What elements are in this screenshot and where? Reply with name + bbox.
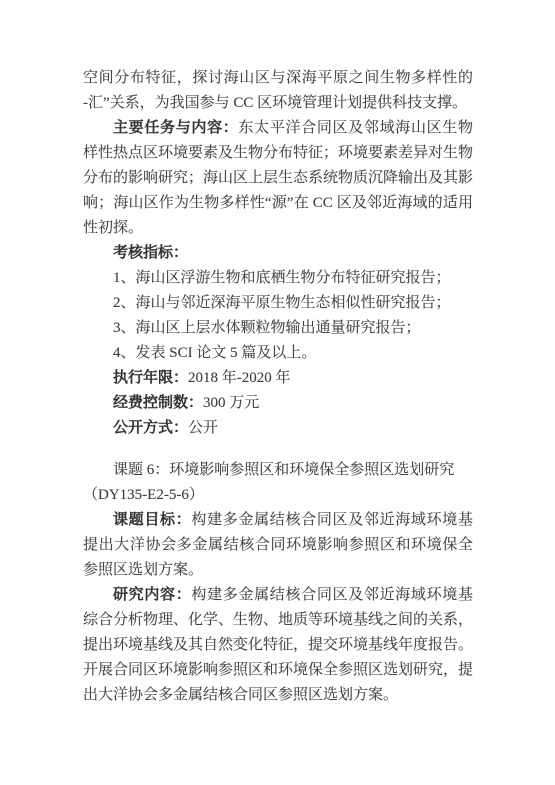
text-segment: 3、海山区上层水体颗粒物输出通量研究报告； xyxy=(113,320,421,336)
topic6-research-line: 研究内容：构建多金属结核合同区及邻近海域环境基线， xyxy=(83,583,473,608)
text-segment: 2018 年-2020 年 xyxy=(188,370,291,386)
budget-line: 经费控制数：300 万元 xyxy=(83,391,473,416)
text-segment: 提出环境基线及其自然变化特征，提交环境基线年度报告。 xyxy=(83,637,473,653)
text-segment: 课题 6：环境影响参照区和环境保全参照区选划研究 xyxy=(113,462,454,478)
text-segment: 样性热点区环境要素及生物分布特征；环境要素差异对生物 xyxy=(83,145,473,161)
text-segment: 提出大洋协会多金属结核合同环境影响参照区和环境保全 xyxy=(83,537,473,553)
para-source-sink-line: -汇”关系，为我国参与 CC 区环境管理计划提供科技支撑。 xyxy=(83,91,473,116)
duration-line: 执行年限：2018 年-2020 年 xyxy=(83,366,473,391)
field-label: 主要任务与内容： xyxy=(113,120,238,136)
text-segment: 开展合同区环境影响参照区和环境保全参照区选划研究，提 xyxy=(83,662,473,678)
field-label: 执行年限： xyxy=(113,370,188,386)
text-segment: 出大洋协会多金属结核合同区参照区选划方案。 xyxy=(83,687,398,703)
tasks-content-line: 响；海山区作为生物多样性“源”在 CC 区及邻近海域的适用 xyxy=(83,191,473,216)
text-segment: （DY135-E2-5-6） xyxy=(83,487,204,503)
topic6-objective-line: 课题目标：构建多金属结核合同区及邻近海域环境基线， xyxy=(83,508,473,533)
kpi-item-line: 3、海山区上层水体颗粒物输出通量研究报告； xyxy=(83,316,473,341)
tasks-content-line: 性初探。 xyxy=(83,216,473,241)
disclosure-line: 公开方式：公开 xyxy=(83,416,473,441)
text-segment: -汇”关系，为我国参与 CC 区环境管理计划提供科技支撑。 xyxy=(83,95,467,111)
text-segment: 1、海山区浮游生物和底栖生物分布特征研究报告； xyxy=(113,270,451,286)
text-segment: 空间分布特征，探讨海山区与深海平原之间生物多样性的“源 xyxy=(83,70,473,91)
tasks-content-line: 样性热点区环境要素及生物分布特征；环境要素差异对生物 xyxy=(83,141,473,166)
tasks-content-line: 主要任务与内容：东太平洋合同区及邻域海山区生物多 xyxy=(83,116,473,141)
field-label: 公开方式： xyxy=(113,420,188,436)
topic6-code-line: （DY135-E2-5-6） xyxy=(83,483,473,508)
text-block: 空间分布特征，探讨海山区与深海平原之间生物多样性的“源-汇”关系，为我国参与 C… xyxy=(83,66,473,708)
field-label: 研究内容： xyxy=(113,587,191,603)
kpi-item-line: 4、发表 SCI 论文 5 篇及以上。 xyxy=(83,341,473,366)
para-source-sink-line: 空间分布特征，探讨海山区与深海平原之间生物多样性的“源 xyxy=(83,66,473,91)
field-label: 课题目标： xyxy=(113,512,191,528)
text-segment: 性初探。 xyxy=(83,220,143,236)
kpi-heading-line: 考核指标： xyxy=(83,241,473,266)
paragraph-spacer xyxy=(83,441,473,458)
topic6-objective-line: 提出大洋协会多金属结核合同环境影响参照区和环境保全 xyxy=(83,533,473,558)
text-segment: 综合分析物理、化学、生物、地质等环境基线之间的关系， xyxy=(83,612,473,628)
text-segment: 参照区选划方案。 xyxy=(83,562,203,578)
topic6-research-line: 开展合同区环境影响参照区和环境保全参照区选划研究，提 xyxy=(83,658,473,683)
field-label: 经费控制数： xyxy=(113,395,203,411)
text-segment: 公开 xyxy=(188,420,218,436)
topic6-research-line: 综合分析物理、化学、生物、地质等环境基线之间的关系， xyxy=(83,608,473,633)
topic6-objective-line: 参照区选划方案。 xyxy=(83,558,473,583)
text-segment: 响；海山区作为生物多样性“源”在 CC 区及邻近海域的适用 xyxy=(83,195,473,211)
field-label: 考核指标： xyxy=(113,245,188,261)
text-segment: 2、海山与邻近深海平原生物生态相似性研究报告； xyxy=(113,295,451,311)
topic6-research-line: 提出环境基线及其自然变化特征，提交环境基线年度报告。 xyxy=(83,633,473,658)
tasks-content-line: 分布的影响研究；海山区上层生态系统物质沉降输出及其影 xyxy=(83,166,473,191)
kpi-item-line: 2、海山与邻近深海平原生物生态相似性研究报告； xyxy=(83,291,473,316)
topic6-research-line: 出大洋协会多金属结核合同区参照区选划方案。 xyxy=(83,683,473,708)
topic6-title-line: 课题 6：环境影响参照区和环境保全参照区选划研究 xyxy=(83,458,473,483)
document-page: 空间分布特征，探讨海山区与深海平原之间生物多样性的“源-汇”关系，为我国参与 C… xyxy=(0,0,555,785)
text-segment: 4、发表 SCI 论文 5 篇及以上。 xyxy=(113,345,316,361)
text-segment: 分布的影响研究；海山区上层生态系统物质沉降输出及其影 xyxy=(83,170,473,186)
text-segment: 300 万元 xyxy=(203,395,259,411)
kpi-item-line: 1、海山区浮游生物和底栖生物分布特征研究报告； xyxy=(83,266,473,291)
